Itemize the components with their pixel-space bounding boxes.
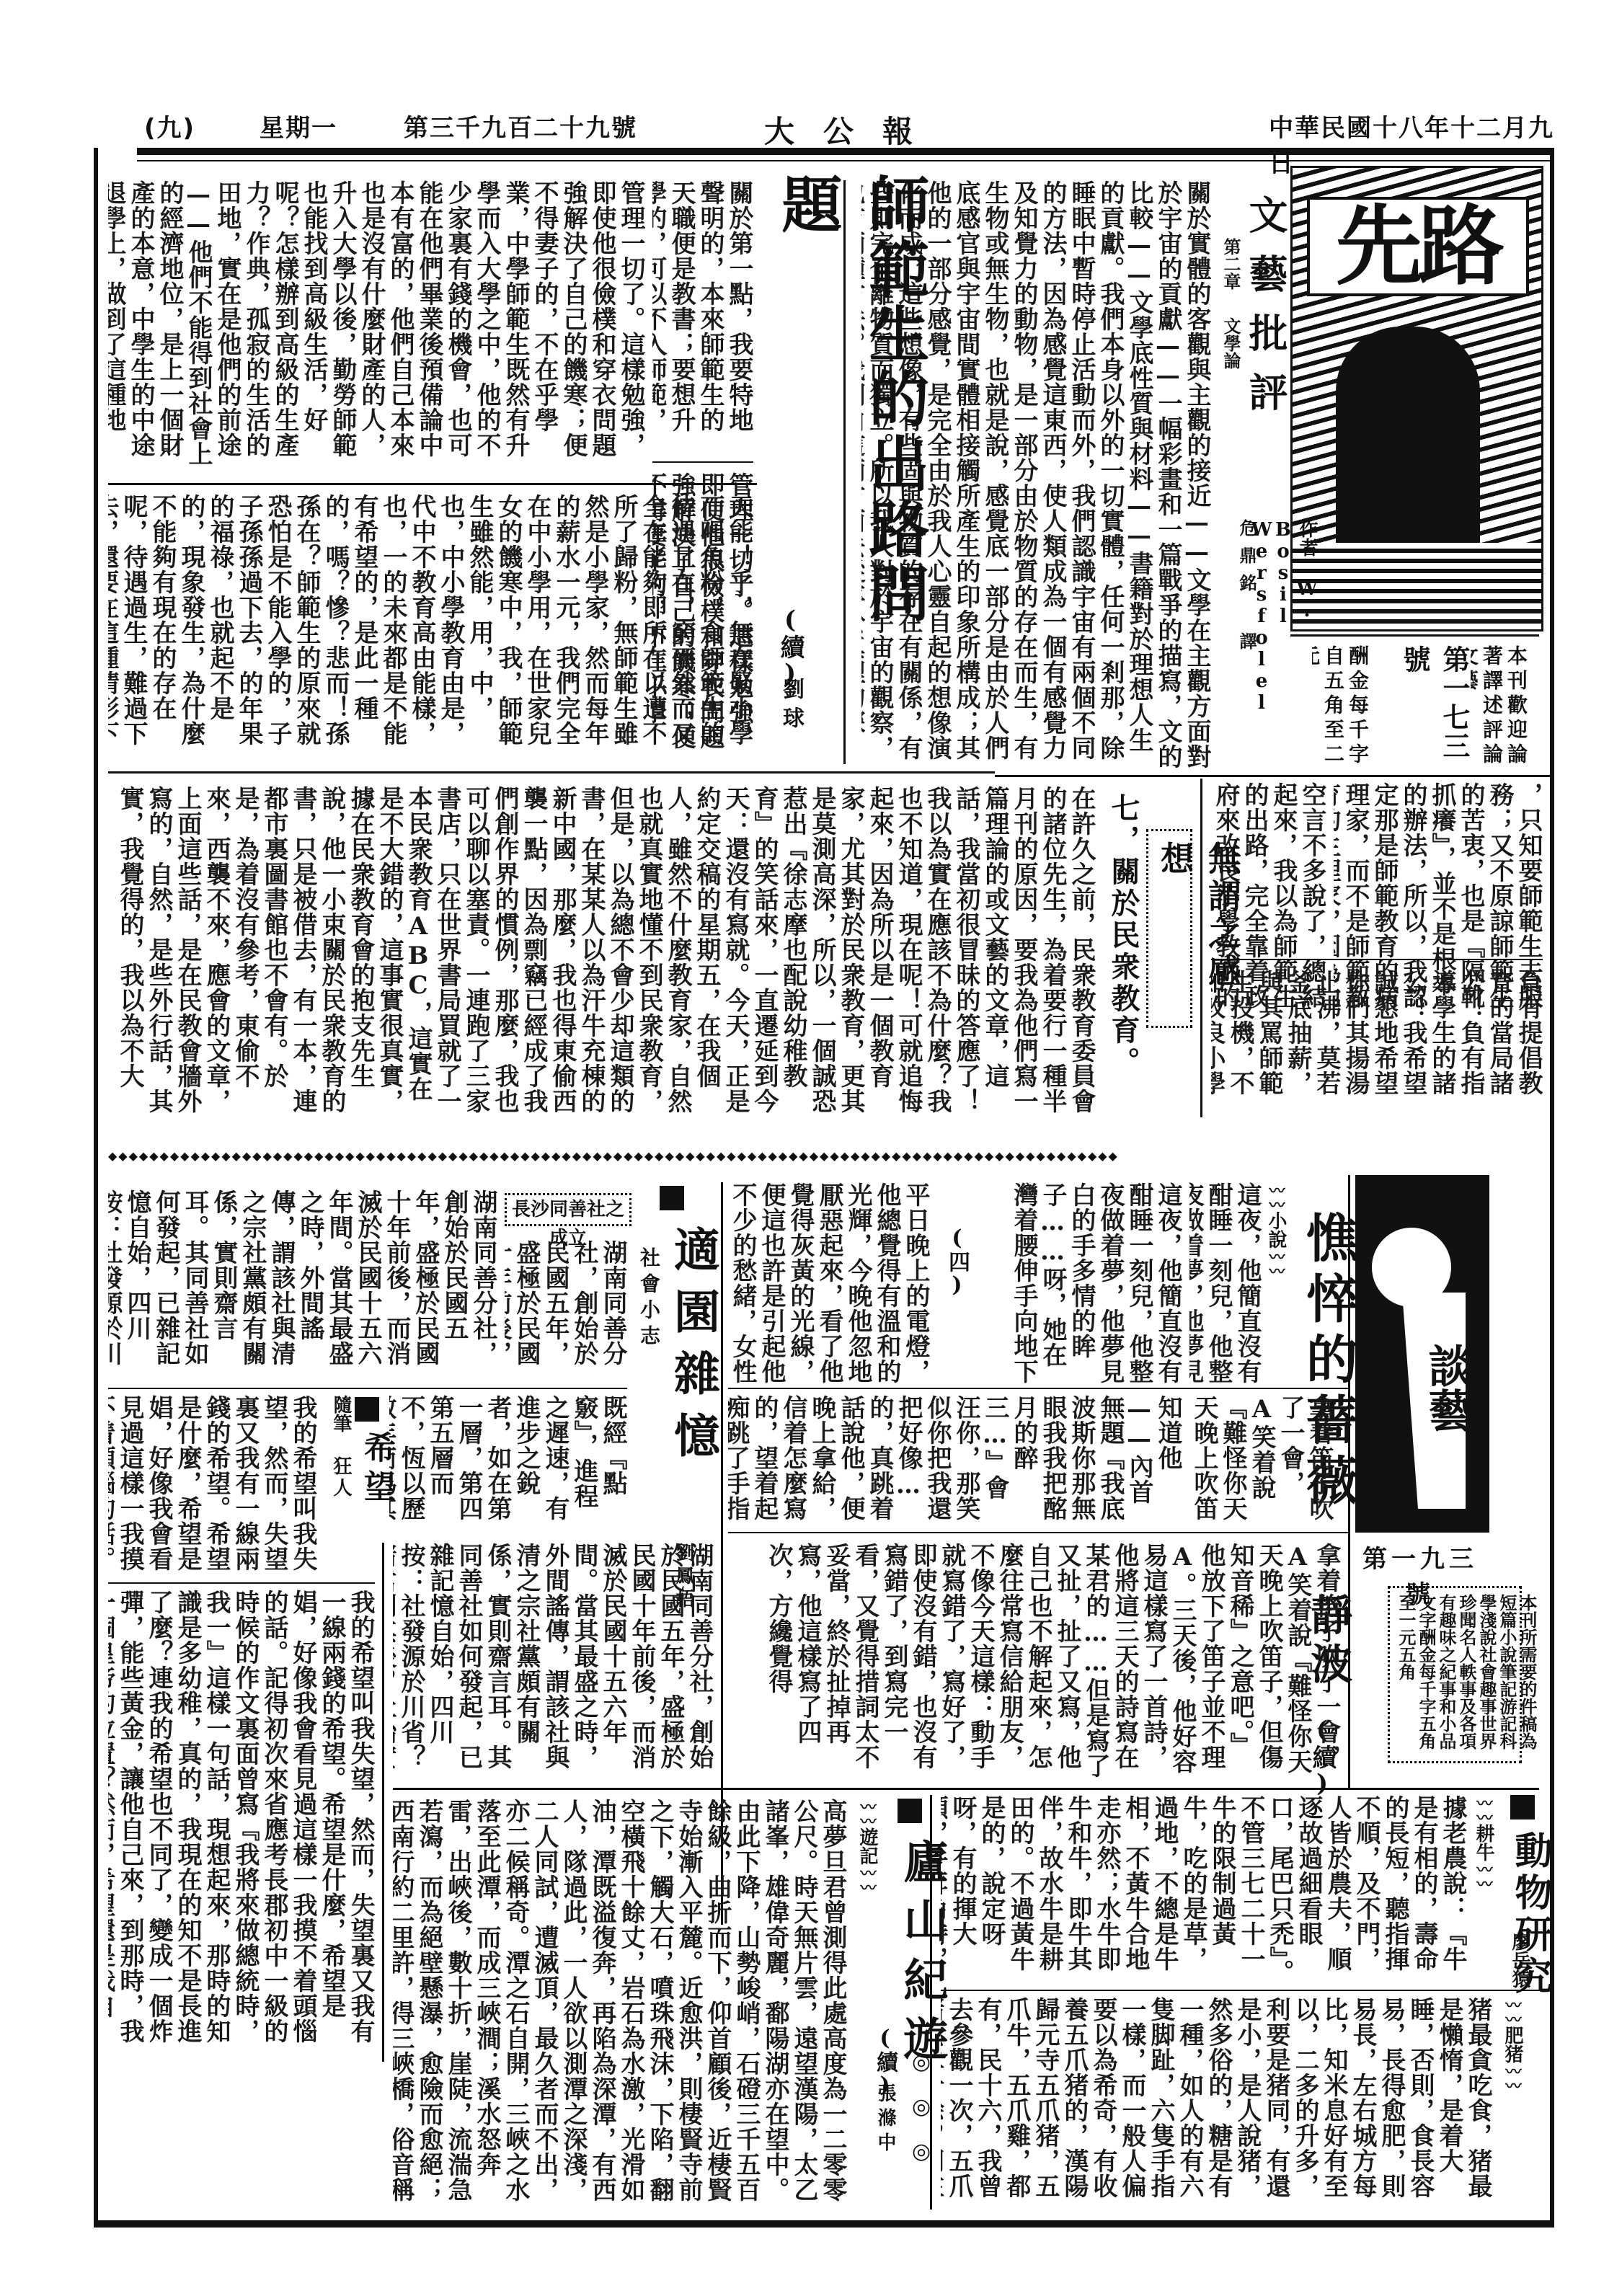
xianlu-illustration: 先路 [1290,166,1543,631]
xiwang-body-b: 我的希望叫我失望，然而，失望裏又我有一線兩錢的希望。希望是什麼，希望是娼，好像我… [108,1590,375,2051]
wuwei-closing: 上面這些話，是在民教會牆外寫的，自然，是些外行話，其實，我覺得的，我以為不大錯，… [115,786,202,1121]
notice-bottom-rule [995,775,1550,777]
page-number: (九) [144,108,195,143]
dongwu-author: 廖岳猿 [1507,1932,1533,1988]
page-border-left [94,148,98,2224]
xiwang-body-a: 我的希望叫我失望，然而，失望裏又我有一線兩錢的希望。希望是什麼，希望是娼，好像我… [108,1395,317,1575]
section-rule [393,1788,1539,1790]
shiyuan-box: 長沙同善社之成立 [505,1193,631,1226]
dongwu-header [1510,1795,1535,1822]
story-body-1a: 這夜，他簡直沒有酣睡一刻兒，他整夜做着夢，他夢見白的手多情的眸子……呀，她在灣着… [1189,1182,1262,1384]
wuwei-section-heading: 七，關於民衆教育。 [1103,793,1144,1096]
normal-school-body-b: 管理一切了。這樣勉強，即使他很儉樸和穿衣問題強解決了自己的饑寒；便不得妻子的，不… [108,180,645,476]
story-rule [728,1532,1348,1533]
section-badge-icon [660,1186,684,1210]
xiwang-title: 希望 [353,1431,399,1517]
story-body-5: 拿着笛子吹了一會，A笑着說『難怪你天天晚上吹笛子，但傷知音稀』之意吧。』他放下了… [728,1543,1341,1781]
xiwang-rule [108,1582,375,1584]
ending-rule [1211,959,1543,960]
page-border-bottom [94,2220,1554,2228]
wavy-ornament: 〰〰 [1503,1997,1522,2026]
dongwu-tag-ox: 〰〰耕牛〰〰 [1471,1795,1497,1890]
paper-name: 大公報 [764,108,941,151]
notice-rule [1290,634,1539,637]
ox-body: 據老農說：『牛是有相的，壽命的長短，聽指揮不順，及不門，人皆於農夫，順逐故過細看… [941,1795,1467,1986]
article-author: 劉球 [775,678,807,735]
shiyuan-body-2: 既經『點竅』，進程之遲速，有進步之銳者，如在第一層，第四第五層而不，恆以歷數年而… [389,1395,627,1532]
section-rule [108,483,757,485]
normal-school-intro: 關於第一點，我要特地聲明的，本來師範生的天職便是教書；要想升學的，可以不入師範，… [652,180,753,454]
lushan-author: 張滌中 [872,2083,899,2157]
story-body-4: 知道他——內首無題『我底波斯你那無眼我我把酩月的醉三…』會汪你，那笑似你把我還把… [728,1395,1182,1525]
chapter-topic: 文學論 [1218,317,1244,418]
section-title-literary-criticism: 文藝批評 [1238,195,1294,555]
article-title-normal-school: 師範生的出路問題 [764,173,939,634]
tanyi-notice-box: 本刊所需要的件稿為短篇小說筆記游記科學淺說社會趣事世界珍聞名人軼事及各項有趣味之… [1388,1586,1522,1763]
column-divider [382,1543,384,2062]
genre-label: 小說 [1265,1211,1287,1249]
lushan-body: 高夢旦君曾測得此處高度為一二零零公尺。時天無片雲，遠望漢陽，太乙諸峯，雄偉奇麗，… [393,1799,847,2209]
shiyuan-body-3: 湖南同善分社，創始於民國五年，盛極於民國十年前後，而消滅於民國十五六年間。當其最… [393,1543,714,1781]
section-rule [108,771,995,774]
tanyi-logo: 談藝 [1415,1343,1479,1432]
issue-number: 第三千九百二十九號 [404,108,637,143]
wavy-ornament: 〰〰 [1267,1182,1285,1211]
translator: 危鼎銘 譯 [1234,519,1259,706]
wuwei-body: 在許久之前，民衆教育委員會的諸位先生，為着要行一種半月刊的原因，要我為他們寫一篇… [115,786,1096,1121]
weekday: 星期一 [260,108,337,143]
pig-body: 猪最貪吃食，猪最是懶惰，是着大睡，否則，食長容易，長得愈肥，則易長，左右城方每比… [941,1997,1492,2206]
shiyuan-title: 適園雜憶 [660,1225,726,1528]
pig-tag-label: 肥猪 [1502,2026,1523,2063]
normal-school-appeal: 負有提倡教育的當局諸公！負有指導學生的諸公！我希望誠懇地希望你們其揚湯止沸，莫若… [1211,970,1543,1114]
story-body-2: 平日晚上的電燈，他總覺得有溫和的光輝，今晚他忽地厭惡起來，看了他覺得灰黃的光線，… [728,1182,930,1384]
lushan-tag: 〰〰遊記〰〰 [854,1799,881,1894]
notice-issue-number: 第一七三號 [1395,645,1474,768]
masthead-rule-thin [137,160,1550,161]
xiwang-header [355,1397,379,1424]
author-line: 作者 W. Bosil Wersfolel [1251,519,1321,721]
section-badge-icon [1510,1795,1535,1819]
xianlu-logo: 先路 [1307,197,1529,296]
normal-school-body-c: 天能！乎，無在緊小學而唱魚粉，食師範生的待遇且在，窮而然而又全在能夠即所在以遭不… [108,494,753,764]
section-badge-icon [898,1799,922,1823]
tanyi-notice: 本刊所需要的件稿為短篇小說筆記游記科學淺說社會趣事世界珍聞名人軼事及各項有趣味之… [1396,1594,1537,1752]
shiyuan-subtitle: 社會小志 [634,1247,663,1351]
shiyuan-body-1a: 湖南同善分社，創始於民國五年，盛極於民國十年前後，而消滅於民國十五六年間。當其最… [505,1240,627,1384]
lushan-tag-label: 遊記 [856,1827,878,1865]
wuwei-closing-text: 上面這些話，是在民教會牆外寫的，自然，是些外行話，其實，我覺得的，我以為不大錯，… [115,786,202,1114]
wavy-ornament: 〰〰 [858,1799,877,1827]
masthead: (九) 星期一 第三千九百二十九號 大公報 中華民國十八年十二月九日 [144,108,1557,151]
xiwang-tag: 隨筆 [328,1395,355,1432]
story-rule [728,1388,1348,1389]
wuwei-title: 無謂之感想 [1151,841,1246,1016]
genre-tag: 〰〰小說〰〰 [1263,1182,1290,1277]
story-body-3: 拿着笛子吹了一會，A笑着說『難怪你天天晚上吹笛子，但傷知音稀』之意吧。』他放下了… [1189,1395,1334,1525]
intro-rule [652,461,753,463]
notice-welcome: 本刊歡迎論著譯述評論文藝 [1471,645,1528,768]
ox-tag-label: 耕牛 [1473,1824,1494,1861]
wuwei-text: 在許久之前，民衆教育委員會的諸位先生，為着要行一種半月刊的原因，要我為他們寫一篇… [115,786,1096,1114]
wuwei-title-box: 無謂之感想 [1146,829,1192,1028]
story-body-1b: 這夜，他簡直沒有酣睡一刻兒，他整夜做着夢，他夢見白的手多情的眸子……呀，她在灣着… [1009,1182,1182,1384]
story-part: (四) [941,1225,972,1298]
continued-tag: (續) [773,606,808,688]
wavy-ornament: 〰〰 [858,1865,877,1894]
double-circle-icon: ◎ [912,2129,934,2174]
wavy-ornament: 〰〰 [1474,1795,1493,1824]
xiwang-author: 狂人 [328,1456,355,1499]
section-badge-icon [355,1397,379,1422]
shiyuan-body-1b: 湖南同善分社，創始於民國五年，盛極於民國十年前後，而消滅於民國十五六年間。當其最… [108,1189,497,1384]
wavy-ornament: 〰〰 [1267,1249,1285,1277]
tanyi-illustration: 談藝 [1355,1175,1489,1533]
ornament-divider: ◆◆◆◆◆◆◆◆◆◆◆◆◆◆◆◆◆◆◆◆◆◆◆◆◆◆◆◆◆◆◆◆◆◆◆◆◆◆◆◆… [108,1150,1550,1163]
notice-payment: 酬金每千字自五角至二元 [1312,645,1370,768]
ground-hatching [1293,543,1541,629]
dongwu-rule [941,1990,1539,1991]
lushan-header [898,1799,922,1826]
wavy-ornament: 〰〰 [1474,1861,1493,1890]
double-circle-icon: ◎ [912,2085,934,2129]
shiyuan-rule [108,1388,627,1389]
shiyuan-header [660,1186,684,1213]
masthead-rule [137,148,1550,155]
double-circle-ornaments: ◎ ◎ ◎ [912,2040,934,2174]
double-circle-icon: ◎ [912,2040,934,2085]
dongwu-tag-pig: 〰〰肥猪〰〰 [1499,1997,1526,2092]
wavy-ornament: 〰〰 [1503,2063,1522,2092]
